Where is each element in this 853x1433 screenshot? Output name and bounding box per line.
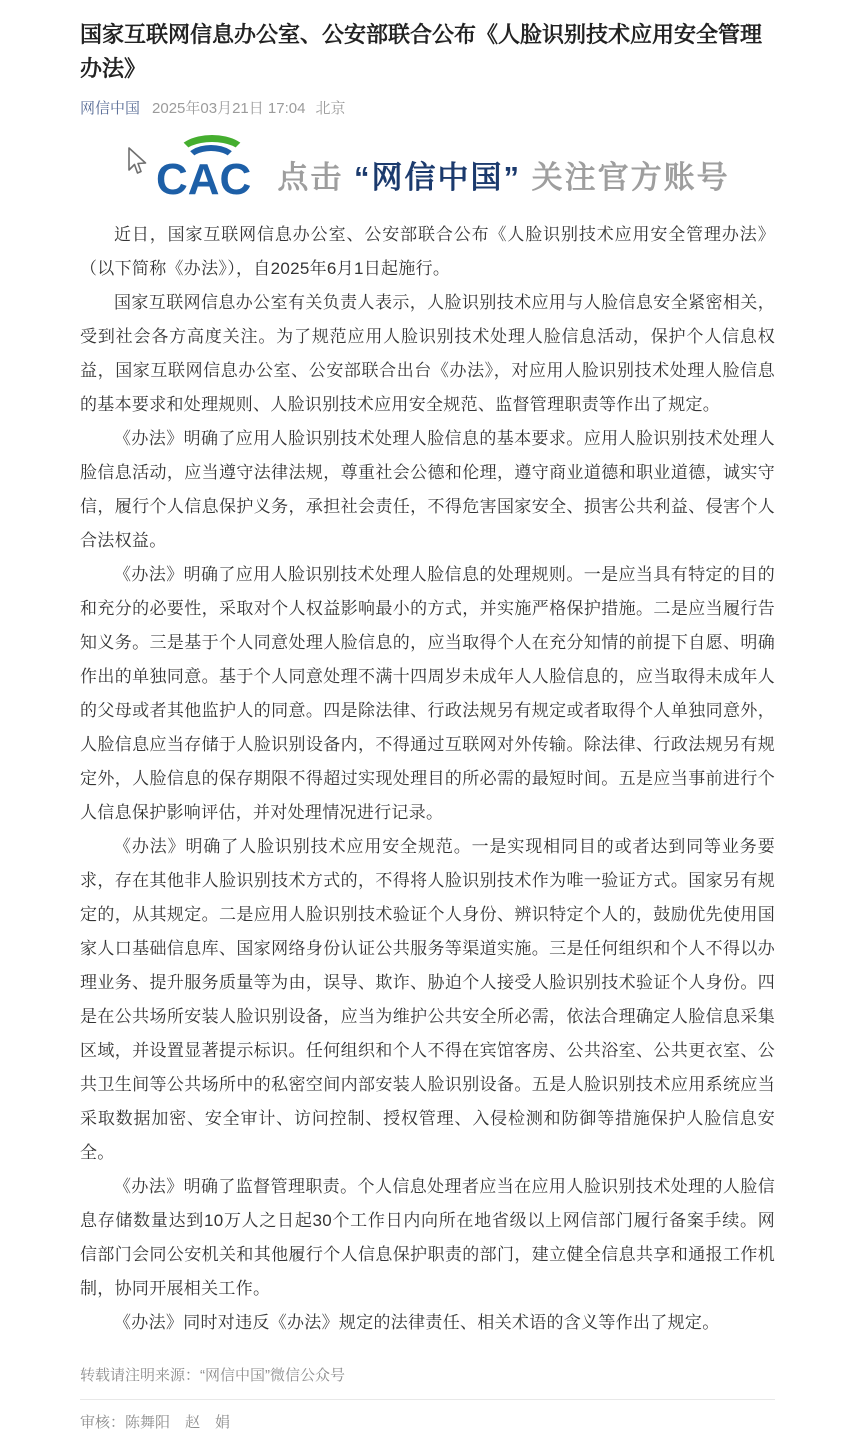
paragraph-supervision-duties: 《办法》明确了监督管理职责。个人信息处理者应当在应用人脸识别技术处理的人脸信息存… — [80, 1170, 775, 1306]
paragraph-intro: 近日，国家互联网信息办公室、公安部联合公布《人脸识别技术应用安全管理办法》（以下… — [80, 218, 775, 286]
follow-banner-text: 点击 “网信中国” 关注官方账号 — [277, 152, 729, 197]
article-body: 近日，国家互联网信息办公室、公安部联合公布《人脸识别技术应用安全管理办法》（以下… — [80, 218, 775, 1340]
article-title: 国家互联网信息办公室、公安部联合公布《人脸识别技术应用安全管理办法》 — [80, 18, 775, 86]
mouse-cursor-icon — [125, 146, 147, 176]
paragraph-security-norms: 《办法》明确了人脸识别技术应用安全规范。一是实现相同目的或者达到同等业务要求，存… — [80, 830, 775, 1170]
follow-banner[interactable]: CAC 点击 “网信中国” 关注官方账号 — [80, 130, 775, 218]
paragraph-processing-rules: 《办法》明确了应用人脸识别技术处理人脸信息的处理规则。一是应当具有特定的目的和充… — [80, 558, 775, 830]
repost-note: 转载请注明来源：“网信中国”微信公众号 — [80, 1366, 775, 1400]
reviewers-line: 审核：陈舞阳 赵 娟 — [80, 1400, 775, 1433]
cac-logo-blue-arc-icon — [184, 145, 238, 179]
cac-logo: CAC — [156, 146, 251, 202]
banner-prefix: 点击 — [277, 160, 343, 195]
account-link[interactable]: 网信中国 — [80, 100, 140, 117]
article-page: 国家互联网信息办公室、公安部联合公布《人脸识别技术应用安全管理办法》 网信中国2… — [0, 0, 853, 1433]
article-meta: 网信中国2025年03月21日 17:04北京 — [80, 98, 775, 120]
publish-location: 北京 — [315, 100, 345, 117]
paragraph-basic-requirements: 《办法》明确了应用人脸识别技术处理人脸信息的基本要求。应用人脸识别技术处理人脸信… — [80, 422, 775, 558]
publish-date: 2025年03月21日 17:04 — [152, 100, 305, 117]
banner-suffix: 关注官方账号 — [532, 160, 730, 195]
paragraph-legal-liability: 《办法》同时对违反《办法》规定的法律责任、相关术语的含义等作出了规定。 — [80, 1306, 775, 1340]
banner-account-name: “网信中国” — [354, 160, 521, 195]
article-footer: 转载请注明来源：“网信中国”微信公众号 审核：陈舞阳 赵 娟 — [80, 1366, 775, 1433]
paragraph-official-statement: 国家互联网信息办公室有关负责人表示，人脸识别技术应用与人脸信息安全紧密相关，受到… — [80, 286, 775, 422]
